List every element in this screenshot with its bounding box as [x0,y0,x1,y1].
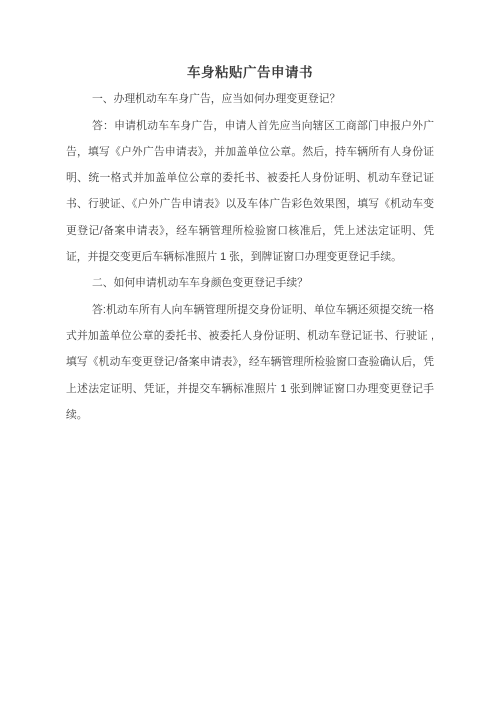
document-title: 车身粘贴广告申请书 [66,60,434,86]
answer-2: 答:机动车所有人向车辆管理所提交身份证明、单位车辆还须提交统一格式并加盖单位公章… [66,297,434,428]
answer-1: 答：申请机动车车身广告，申请人首先应当向辖区工商部门申报户外广告，填写《户外广告… [66,113,434,271]
question-1: 一、办理机动车车身广告，应当如何办理变更登记？ [66,86,434,112]
question-2: 二、如何申请机动车车身颜色变更登记手续？ [66,270,434,296]
document-page: 车身粘贴广告申请书 一、办理机动车车身广告，应当如何办理变更登记？ 答：申请机动… [0,0,500,707]
